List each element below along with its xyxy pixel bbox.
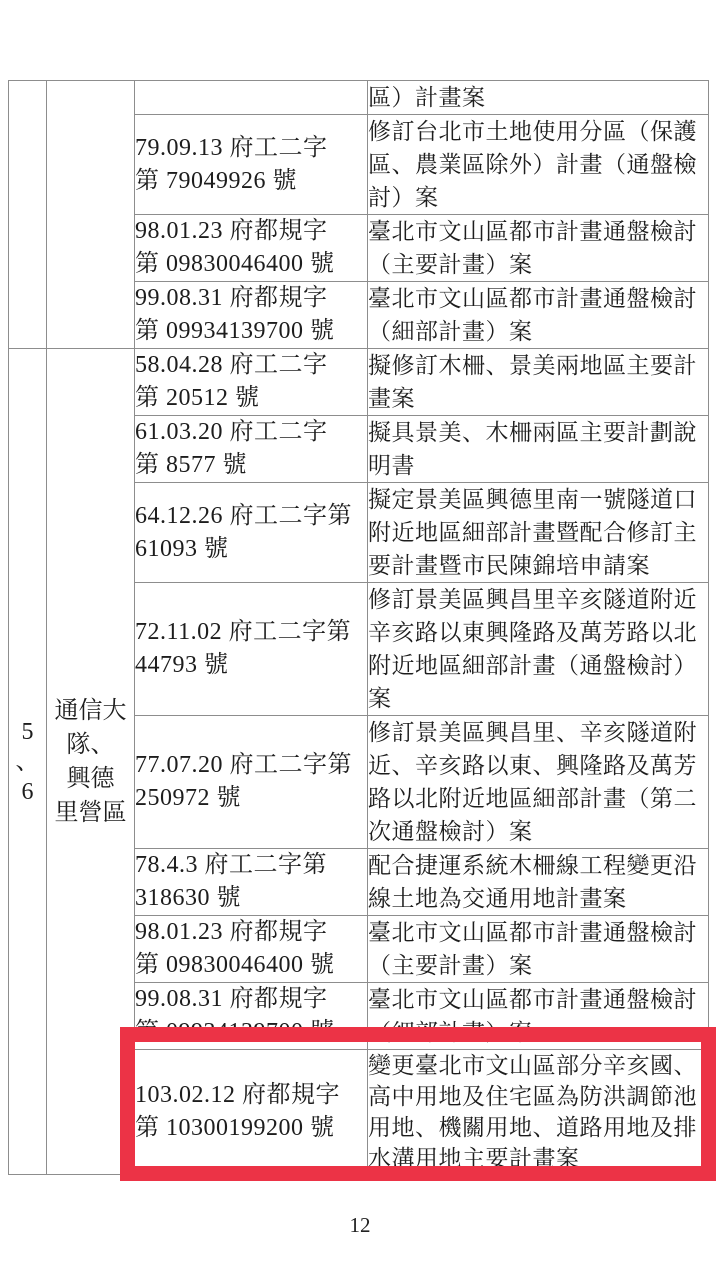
- text-line: 77.07.20 府工二字第: [135, 749, 367, 782]
- text-line: 次通盤檢討）案: [368, 815, 708, 848]
- text-line: 臺北市文山區都市計畫通盤檢討: [368, 215, 708, 248]
- doc-number-cell: 99.08.31 府都規字第 09934139700 號: [135, 983, 368, 1050]
- text-line: 畫案: [368, 382, 708, 415]
- doc-number-cell: 58.04.28 府工二字第 20512 號: [135, 349, 368, 416]
- text-line: （主要計畫）案: [368, 949, 708, 982]
- doc-number-cell: 79.09.13 府工二字第 79049926 號: [135, 115, 368, 215]
- doc-number-cell: 78.4.3 府工二字第318630 號: [135, 849, 368, 916]
- text-line: 72.11.02 府工二字第: [135, 616, 367, 649]
- text-line: 近、辛亥路以東、興隆路及萬芳: [368, 749, 708, 782]
- text-line: 附近地區細部計畫暨配合修訂主: [368, 516, 708, 549]
- text-line: 案: [368, 682, 708, 715]
- text-line: （主要計畫）案: [368, 248, 708, 281]
- text-line: 線土地為交通用地計畫案: [368, 882, 708, 915]
- text-line: 高中用地及住宅區為防洪調節池: [368, 1081, 708, 1112]
- plan-title-cell: 修訂景美區興昌里辛亥隧道附近辛亥路以東興隆路及萬芳路以北附近地區細部計畫（通盤檢…: [368, 583, 709, 716]
- text-line: 第 10300199200 號: [135, 1112, 367, 1145]
- text-line: 里營區: [47, 796, 134, 830]
- text-line: 第 09934139700 號: [135, 315, 367, 348]
- text-line: 79.09.13 府工二字: [135, 132, 367, 165]
- doc-number-cell: 64.12.26 府工二字第61093 號: [135, 483, 368, 583]
- text-line: 要計畫暨市民陳錦培申請案: [368, 549, 708, 582]
- text-line: 辛亥路以東興隆路及萬芳路以北: [368, 616, 708, 649]
- text-line: 第 8577 號: [135, 449, 367, 482]
- text-line: 配合捷運系統木柵線工程變更沿: [368, 849, 708, 882]
- document-page: 區）計畫案79.09.13 府工二字第 79049926 號修訂台北市土地使用分…: [0, 0, 720, 1280]
- text-line: 78.4.3 府工二字第: [135, 849, 367, 882]
- doc-number-cell: 103.02.12 府都規字第 10300199200 號: [135, 1050, 368, 1175]
- group-number-cell: [9, 81, 47, 349]
- text-line: 第 79049926 號: [135, 165, 367, 198]
- plan-title-cell: 擬定景美區興德里南一號隧道口附近地區細部計畫暨配合修訂主要計畫暨市民陳錦培申請案: [368, 483, 709, 583]
- text-line: 明書: [368, 449, 708, 482]
- plan-title-cell: 區）計畫案: [368, 81, 709, 115]
- plan-title-cell: 臺北市文山區都市計畫通盤檢討（細部計畫）案: [368, 282, 709, 349]
- text-line: 通信大: [47, 694, 134, 728]
- text-line: 修訂景美區興昌里、辛亥隧道附: [368, 716, 708, 749]
- plan-title-cell: 變更臺北市文山區部分辛亥國、高中用地及住宅區為防洪調節池用地、機關用地、道路用地…: [368, 1050, 709, 1175]
- group-number-cell: 5、6: [9, 349, 47, 1175]
- text-line: 修訂台北市土地使用分區（保護: [368, 115, 708, 148]
- text-line: 6: [9, 777, 46, 807]
- text-line: 興德: [47, 762, 134, 796]
- text-line: 99.08.31 府都規字: [135, 282, 367, 315]
- text-line: 擬定景美區興德里南一號隧道口: [368, 483, 708, 516]
- group-name-cell: 通信大隊、興德里營區: [47, 349, 135, 1175]
- doc-number-cell: [135, 81, 368, 115]
- text-line: 61093 號: [135, 533, 367, 566]
- text-line: 第 09830046400 號: [135, 248, 367, 281]
- text-line: 臺北市文山區都市計畫通盤檢討: [368, 916, 708, 949]
- text-line: 98.01.23 府都規字: [135, 215, 367, 248]
- plan-title-cell: 臺北市文山區都市計畫通盤檢討（主要計畫）案: [368, 215, 709, 282]
- plan-title-cell: 臺北市文山區都市計畫通盤檢討（細部計畫）案: [368, 983, 709, 1050]
- text-line: 61.03.20 府工二字: [135, 416, 367, 449]
- text-line: 隊、: [47, 728, 134, 762]
- plan-title-cell: 擬具景美、木柵兩區主要計劃說明書: [368, 416, 709, 483]
- text-line: 路以北附近地區細部計畫（第二: [368, 782, 708, 815]
- text-line: 103.02.12 府都規字: [135, 1079, 367, 1112]
- text-line: 250972 號: [135, 782, 367, 815]
- text-line: 、: [9, 747, 46, 777]
- doc-number-cell: 99.08.31 府都規字第 09934139700 號: [135, 282, 368, 349]
- text-line: 58.04.28 府工二字: [135, 349, 367, 382]
- doc-number-cell: 98.01.23 府都規字第 09830046400 號: [135, 916, 368, 983]
- text-line: 修訂景美區興昌里辛亥隧道附近: [368, 583, 708, 616]
- text-line: 第 20512 號: [135, 382, 367, 415]
- text-line: 變更臺北市文山區部分辛亥國、: [368, 1050, 708, 1081]
- text-line: 64.12.26 府工二字第: [135, 500, 367, 533]
- table-row: 區）計畫案: [9, 81, 709, 115]
- text-line: 附近地區細部計畫（通盤檢討）: [368, 649, 708, 682]
- text-line: 臺北市文山區都市計畫通盤檢討: [368, 282, 708, 315]
- plan-title-cell: 配合捷運系統木柵線工程變更沿線土地為交通用地計畫案: [368, 849, 709, 916]
- text-line: 擬具景美、木柵兩區主要計劃說: [368, 416, 708, 449]
- doc-number-cell: 61.03.20 府工二字第 8577 號: [135, 416, 368, 483]
- plan-title-cell: 修訂景美區興昌里、辛亥隧道附近、辛亥路以東、興隆路及萬芳路以北附近地區細部計畫（…: [368, 716, 709, 849]
- text-line: 5: [9, 717, 46, 747]
- table-row: 5、6通信大隊、興德里營區58.04.28 府工二字第 20512 號擬修訂木柵…: [9, 349, 709, 416]
- doc-number-cell: 98.01.23 府都規字第 09830046400 號: [135, 215, 368, 282]
- text-line: 臺北市文山區都市計畫通盤檢討: [368, 983, 708, 1016]
- text-line: 擬修訂木柵、景美兩地區主要計: [368, 349, 708, 382]
- text-line: 討）案: [368, 181, 708, 214]
- text-line: 318630 號: [135, 882, 367, 915]
- group-name-cell: [47, 81, 135, 349]
- text-line: 第 09934139700 號: [135, 1016, 367, 1049]
- text-line: 區）計畫案: [368, 81, 708, 114]
- doc-number-cell: 77.07.20 府工二字第250972 號: [135, 716, 368, 849]
- text-line: （細部計畫）案: [368, 315, 708, 348]
- text-line: 44793 號: [135, 649, 367, 682]
- text-line: （細部計畫）案: [368, 1016, 708, 1049]
- text-line: 99.08.31 府都規字: [135, 983, 367, 1016]
- text-line: 區、農業區除外）計畫（通盤檢: [368, 148, 708, 181]
- text-line: 水溝用地主要計畫案: [368, 1143, 708, 1174]
- text-line: 用地、機關用地、道路用地及排: [368, 1112, 708, 1143]
- plan-title-cell: 擬修訂木柵、景美兩地區主要計畫案: [368, 349, 709, 416]
- page-number: 12: [0, 1213, 720, 1238]
- doc-number-cell: 72.11.02 府工二字第44793 號: [135, 583, 368, 716]
- text-line: 98.01.23 府都規字: [135, 916, 367, 949]
- plan-title-cell: 臺北市文山區都市計畫通盤檢討（主要計畫）案: [368, 916, 709, 983]
- plan-history-table: 區）計畫案79.09.13 府工二字第 79049926 號修訂台北市土地使用分…: [8, 80, 709, 1175]
- text-line: 第 09830046400 號: [135, 949, 367, 982]
- plan-title-cell: 修訂台北市土地使用分區（保護區、農業區除外）計畫（通盤檢討）案: [368, 115, 709, 215]
